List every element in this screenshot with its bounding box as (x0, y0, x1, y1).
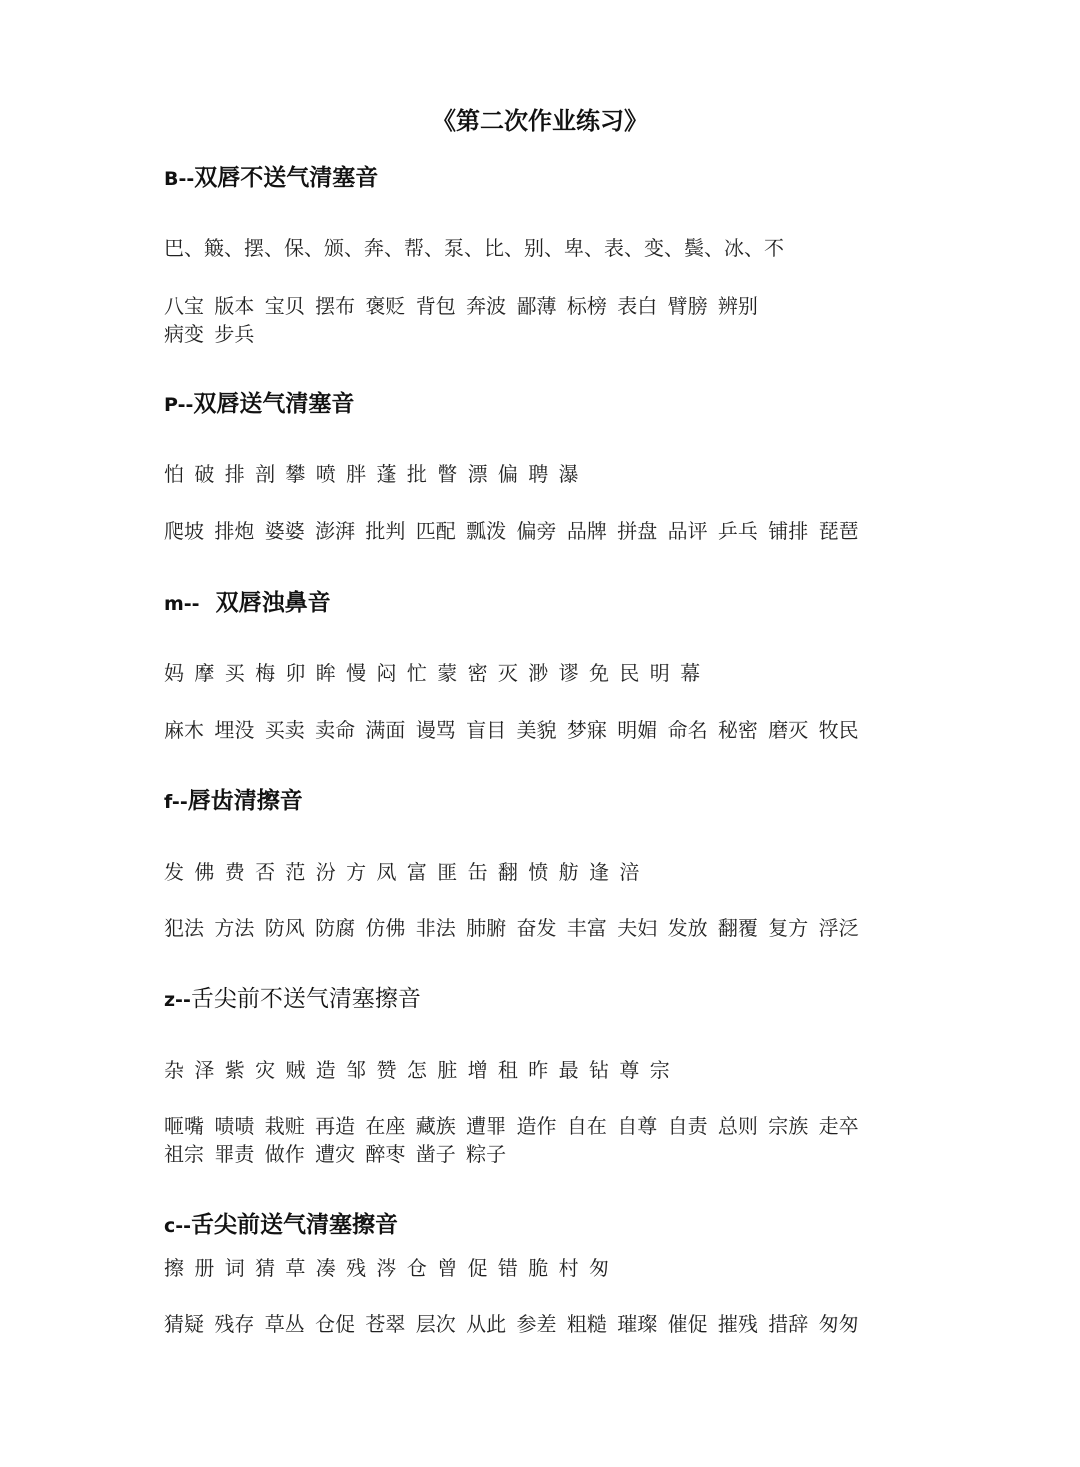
section-name: 双唇浊鼻音 (216, 590, 331, 616)
section-heading-c: c--舌尖前送气清塞擦音 (164, 1209, 398, 1242)
section-code: f-- (164, 791, 188, 813)
word-list-m: 麻木 埋没 买卖 卖命 满面 谩骂 盲目 美貌 梦寐 明媚 命名 秘密 磨灭 牧… (164, 716, 859, 744)
section-code: m-- (164, 593, 200, 615)
section-heading-m: m-- 双唇浊鼻音 (164, 587, 331, 620)
section-name: 唇齿清擦音 (188, 788, 303, 814)
section-heading-z: z--舌尖前不送气清塞擦音 (164, 983, 421, 1016)
section-code: z-- (164, 989, 191, 1011)
section-heading-p: P--双唇送气清塞音 (164, 388, 354, 421)
section-name: 双唇不送气清塞音 (194, 165, 378, 191)
section-name: 舌尖前不送气清塞擦音 (191, 986, 421, 1012)
word-list-c: 猜疑 残存 草丛 仓促 苍翠 层次 从此 参差 粗糙 璀璨 催促 摧残 措辞 匆… (164, 1310, 859, 1338)
section-name: 舌尖前送气清塞擦音 (191, 1212, 398, 1238)
char-list-b: 巴、簸、摆、保、颁、奔、帮、泵、比、别、卑、表、变、鬓、冰、不 (164, 234, 784, 262)
section-heading-f: f--唇齿清擦音 (164, 785, 303, 818)
section-heading-b: B--双唇不送气清塞音 (164, 162, 378, 195)
char-list-f: 发 佛 费 否 范 汾 方 凤 富 匪 缶 翻 愤 舫 逢 涪 (164, 858, 639, 886)
char-list-p: 怕 破 排 剖 攀 喷 胖 蓬 批 瞥 漂 偏 聘 瀑 (164, 460, 579, 488)
section-code: c-- (164, 1215, 191, 1237)
section-code: P-- (164, 394, 193, 416)
char-list-z: 杂 泽 紫 灾 贼 造 邹 赞 怎 脏 增 租 昨 最 钻 尊 宗 (164, 1056, 670, 1084)
word-list-p: 爬坡 排炮 婆婆 澎湃 批判 匹配 瓢泼 偏旁 品牌 拼盘 品评 乒乓 铺排 琵… (164, 517, 859, 545)
page-title: 《第二次作业练习》 (0, 104, 1080, 138)
word-list-f: 犯法 方法 防风 防腐 仿佛 非法 肺腑 奋发 丰富 夫妇 发放 翻覆 复方 浮… (164, 914, 859, 942)
word-list-b-line1: 八宝 版本 宝贝 摆布 褒贬 背包 奔波 鄙薄 标榜 表白 臂膀 辨别 (164, 292, 758, 320)
word-list-z-line1: 咂嘴 啧啧 栽赃 再造 在座 藏族 遭罪 造作 自在 自尊 自责 总则 宗族 走… (164, 1112, 859, 1140)
section-code: B-- (164, 168, 194, 190)
word-list-z-line2: 祖宗 罪责 做作 遭灾 醉枣 凿子 粽子 (164, 1140, 506, 1168)
char-list-m: 妈 摩 买 梅 卯 眸 慢 闷 忙 蒙 密 灭 渺 谬 免 民 明 幕 (164, 659, 700, 687)
word-list-b-line2: 病变 步兵 (164, 320, 254, 348)
section-name: 双唇送气清塞音 (193, 391, 354, 417)
char-list-c: 擦 册 词 猜 草 凑 残 涔 仓 曾 促 错 脆 村 匆 (164, 1254, 609, 1282)
